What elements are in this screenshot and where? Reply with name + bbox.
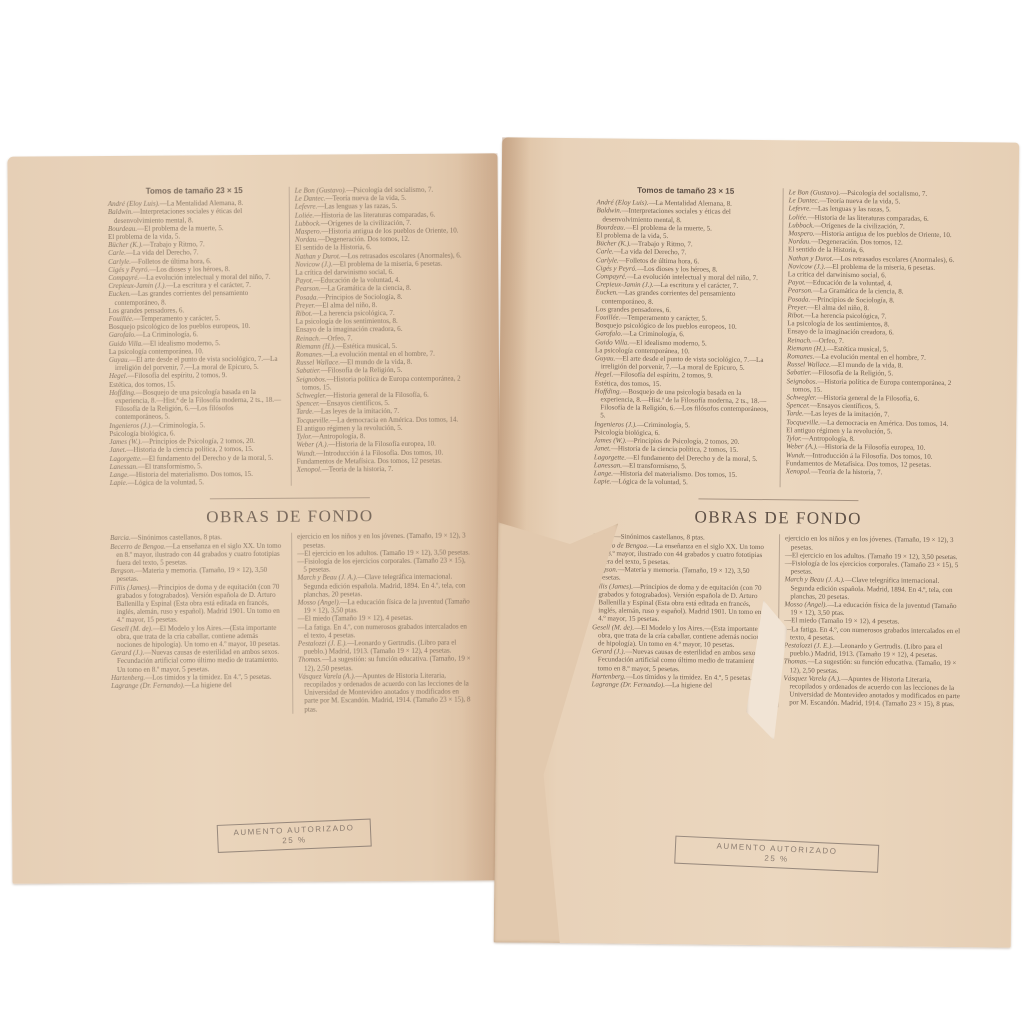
catalog-entry: Gerard (J.).—Nuevas causas de esterilida…	[111, 648, 284, 674]
entry-author: Loliée.	[788, 213, 807, 221]
entry-author: Preyer.	[787, 303, 807, 311]
entry-author: Riemann (H.).	[296, 342, 336, 350]
entry-author: Nordau.	[788, 238, 811, 246]
entry-author: Vásquez Varela (A.).	[298, 672, 355, 680]
entry-title: —La vida del Derecho, 7.	[126, 249, 199, 258]
price-increase-stamp: AUMENTO AUTORIZADO 25 %	[674, 836, 879, 873]
entry-author: Fillis (James).	[110, 583, 150, 591]
entry-title: —La sugestión: su función educativa. (Ta…	[304, 655, 471, 672]
entry-author: Russel Wallace.	[787, 361, 831, 369]
catalog-entry: Bergson.—Materia y memoria. (Tamaño, 19 …	[593, 565, 771, 583]
entry-author: Hoffding.	[595, 387, 622, 395]
entry-title: ejercicio en los niños y en los jóvenes.…	[297, 532, 466, 549]
entry-author: Le Bon (Gustavo).	[295, 186, 347, 194]
entry-author: Tarde.	[786, 410, 804, 418]
catalog-entry: Becerro de Bengoa.—La enseñanza en el si…	[593, 541, 771, 567]
entry-author: Ribot.	[787, 311, 804, 319]
left-page-content: Tomos de tamaño 23 × 15 André (Eloy Luis…	[108, 186, 472, 715]
entry-author: Seignobos.	[296, 375, 327, 383]
entry-author: Hoffding.	[109, 389, 136, 397]
entry-author: Guyau.	[109, 356, 129, 364]
catalog-entry: Hoffding.—Bosquejo de una psicología bas…	[594, 387, 772, 422]
catalog-entry: Mosso (Angel).—La educación física de la…	[784, 600, 962, 618]
catalog-column-2: Le Bon (Gustavo).—Psicología del sociali…	[780, 188, 967, 489]
entry-author: Thomas.	[784, 658, 808, 666]
entry-author: Preyer.	[295, 301, 315, 309]
entry-author: Sabatier.	[787, 369, 812, 377]
entry-author: Tylor.	[786, 434, 802, 442]
entry-author: Ingenieros (J.).	[594, 420, 637, 428]
entry-author: Mosso (Angel).	[784, 600, 827, 608]
entry-author: Pestalozzi (J. E.).	[298, 639, 347, 647]
entry-author: Cigés y Peyró.	[596, 264, 637, 272]
entry-author: Nordau.	[295, 236, 318, 244]
entry-author: Guido Villa.	[595, 338, 629, 346]
entry-title: —Historia del materialismo. Dos tomos, 1…	[129, 470, 253, 479]
entry-author: Nathan y Durot.	[788, 254, 834, 262]
entry-title: —Teoría de la historia, 7.	[811, 467, 883, 476]
entry-title: —Folletos de última hora, 6.	[131, 257, 212, 266]
entry-title: —El idealismo moderno, 5.	[143, 339, 221, 348]
entry-author: James (W.).	[594, 436, 627, 444]
entry-title: —El alma del niño, 8.	[315, 301, 377, 309]
entry-author: Romanes.	[787, 352, 815, 360]
entry-author: Maspero.	[788, 229, 814, 237]
entry-author: Guido Villa.	[109, 339, 143, 347]
entry-author: Garofalo.	[109, 331, 136, 339]
entry-title: Psicología biológica, 6.	[109, 429, 175, 437]
entry-author: Spencer.	[786, 402, 810, 410]
entry-title: —Teoría de la historia, 7.	[322, 465, 393, 473]
catalog-entry: Bergson.—Materia y memoria. (Tamaño, 19 …	[110, 566, 283, 584]
entry-title: —La higiene del	[665, 681, 712, 689]
entry-author: Lubbock.	[295, 219, 321, 227]
entry-author: Compayré.	[596, 272, 627, 280]
entry-title: El sentido de la Historia, 6.	[295, 244, 371, 253]
catalog-entry: —La fatiga. En 4.º, con numerosos grabad…	[298, 622, 471, 640]
catalog-entry: Lapie.—Lógica de la voluntad, 5.	[110, 478, 283, 487]
catalog-column-1: Tomos de tamaño 23 × 15 André (Eloy Luis…	[108, 187, 283, 488]
entry-author: March y Beau (J. A.).	[297, 574, 357, 582]
entry-author: Thomas.	[298, 656, 322, 664]
entry-title: —Degeneración. Dos tomos, 12.	[318, 235, 410, 244]
catalog-entry: Eucken.—Las grandes corrientes del pensa…	[595, 289, 773, 307]
entry-author: Lanessan.	[110, 463, 138, 471]
entry-author: Posada.	[788, 295, 811, 303]
entry-author: Novicow (J.).	[788, 262, 826, 270]
catalog-entry: ejercicio en los niños y en los jóvenes.…	[297, 532, 470, 550]
catalog-entry: Eucken.—Las grandes corrientes del pensa…	[108, 289, 281, 307]
section-title: OBRAS DE FONDO	[110, 506, 470, 529]
catalog-entry: Fillis (James).—Principios de doma y de …	[592, 582, 770, 625]
entry-title: —El arte desde el punto de vista socioló…	[601, 355, 764, 373]
fondo-column-1: Barcia.—Sinónimos castellanos, 8 ptas.Be…	[591, 533, 771, 707]
catalog-columns: Tomos de tamaño 23 × 15 André (Eloy Luis…	[108, 186, 470, 488]
entry-author: Gesell (M. de).	[111, 624, 153, 632]
left-page: Tomos de tamaño 23 × 15 André (Eloy Luis…	[7, 153, 502, 883]
entry-author: Ribot.	[296, 310, 313, 318]
entry-title: —Historia política de Europa contemporán…	[793, 377, 952, 393]
entry-title: —El mundo de la vida, 8.	[340, 358, 412, 367]
entry-title: —Los tímidos y la timidez. En 4.º, 5 pes…	[145, 673, 271, 682]
entry-author: Schwegler.	[296, 392, 326, 400]
entry-title: —Lógica de la voluntad, 5.	[127, 478, 204, 487]
entry-author: Payot.	[295, 277, 313, 285]
entry-author: Hartenberg.	[111, 674, 145, 682]
catalog-columns: Tomos de tamaño 23 × 15 André (Eloy Luis…	[594, 186, 967, 489]
catalog-entry: Gesell (M. de).—El Modelo y los Aires.—(…	[111, 623, 284, 649]
entry-title: —Historia antigua de los pueblos de Orie…	[321, 227, 458, 236]
entry-author: Xenopol.	[786, 467, 811, 475]
entry-author: Hegel.	[109, 372, 128, 380]
entry-author: Bücher (K.).	[108, 241, 143, 249]
entry-title: —Trabajo y Ritmo, 7.	[143, 241, 205, 249]
entry-title: —Psicología del socialismo, 7.	[346, 186, 433, 195]
entry-author: Tylor.	[296, 433, 312, 441]
entry-title: —Orfeo, 7.	[320, 334, 352, 342]
entry-author: Carle.	[596, 248, 614, 256]
entry-author: Weber (A.).	[786, 443, 818, 451]
entry-title: —Las grandes corrientes del pensamiento …	[601, 289, 735, 306]
entry-title: Fundamentos de Metafísica. Dos tomos, 12…	[297, 456, 442, 465]
catalog-entry: Seignobos.—Historia política de Europa c…	[787, 377, 965, 395]
entry-author: Gerard (J.).	[111, 649, 144, 657]
entry-author: Baldwin.	[596, 207, 621, 215]
entry-title: —Fisiología de los ejercicios corporales…	[785, 559, 959, 575]
entry-author: Lange.	[110, 471, 129, 479]
entry-author: Russel Wallace.	[296, 359, 340, 367]
catalog-entry: March y Beau (J. A.).—Clave telegráfica …	[297, 573, 470, 599]
entry-title: —Criminología, 5.	[152, 421, 205, 429]
entry-title: —Criminología, 5.	[637, 420, 690, 429]
entry-author: Novicow (J.).	[295, 260, 333, 268]
catalog-entry: Xenopol.—Teoría de la historia, 7.	[786, 467, 964, 477]
entry-author: Bergson.	[110, 567, 135, 575]
size-heading: Tomos de tamaño 23 × 15	[597, 186, 775, 196]
entry-author: Fouillée.	[109, 315, 134, 323]
entry-author: Bücher (K.).	[596, 240, 631, 248]
entry-title: —Las grandes corrientes del pensamiento …	[114, 289, 248, 306]
catalog-column-2: Le Bon (Gustavo).—Psicología del sociali…	[289, 186, 470, 487]
entry-title: Estética, dos tomos, 15.	[109, 380, 176, 388]
catalog-entry: Baldwin.—Interpretaciones sociales y éti…	[596, 207, 774, 225]
entry-author: Lagrange (Dr. Fernando).	[591, 680, 665, 689]
entry-author: Tocqueville.	[786, 418, 820, 426]
entry-author: Bourdeau.	[108, 225, 137, 233]
catalog-entry: —Fisiología de los ejercicios corporales…	[785, 559, 963, 577]
entry-title: —Las lenguas y las razas, 5.	[317, 202, 397, 211]
catalog-entry: Seignobos.—Historia política de Europa c…	[296, 374, 469, 392]
entry-author: Schwegler.	[786, 393, 816, 401]
entry-author: Janet.	[594, 445, 611, 453]
catalog-entry: Guyau.—El arte desde el punto de vista s…	[109, 355, 282, 373]
entry-title: —Teoría nueva de la vida, 5.	[325, 194, 406, 203]
entry-author: Sabatier.	[296, 367, 321, 375]
entry-title: —Bosquejo de una psicología basada en la…	[115, 388, 281, 422]
entry-author: Riemann (H.).	[787, 344, 827, 352]
entry-title: El antiguo régimen y la revolución, 5.	[296, 424, 402, 433]
entry-author: Xenopol.	[297, 465, 322, 473]
catalog-entry: Gesell (M. de).—El Modelo y los Aires.—(…	[592, 623, 770, 649]
entry-author: Payot.	[788, 279, 806, 287]
entry-author: Pearson.	[295, 285, 320, 293]
section-divider	[210, 498, 370, 500]
entry-author: Tarde.	[296, 408, 314, 416]
entry-author: Fouillée.	[595, 313, 620, 321]
entry-author: Nathan y Durot.	[295, 252, 340, 260]
catalog-column-1: Tomos de tamaño 23 × 15 André (Eloy Luis…	[594, 186, 775, 487]
section-divider	[698, 499, 858, 502]
entry-title: —Materia y memoria. (Tamaño, 19 × 12), 3…	[599, 566, 750, 582]
entry-title: —El problema de la miseria, 6 pesetas.	[333, 260, 443, 269]
entry-author: Lubbock.	[788, 221, 814, 229]
entry-title: Bosquejo psicológico de los pueblos euro…	[109, 322, 251, 331]
entry-title: —Antropología, 8.	[312, 432, 365, 440]
entry-title: —Los retrasados escolares (Anormales), 6…	[341, 251, 462, 260]
entry-author: Becerro de Bengoa.	[110, 542, 166, 550]
entry-title: —Los dioses y los héroes, 8.	[149, 265, 230, 274]
entry-author: Lapie.	[110, 479, 128, 487]
entry-author: Lagorgette.	[594, 453, 626, 461]
entry-title: —La democracia en América. Dos tomos, 14…	[330, 415, 458, 424]
entry-author: Le Bon (Gustavo).	[789, 188, 841, 197]
entry-title: —El fundamento del Derecho y de la moral…	[142, 453, 273, 462]
entry-author: Maspero.	[295, 228, 321, 236]
price-increase-stamp: AUMENTO AUTORIZADO 25 %	[217, 819, 372, 853]
entry-author: Compayré.	[108, 274, 139, 282]
entry-title: —La Criminología, 6.	[136, 331, 198, 339]
catalog-entry: Mosso (Angel).—La educación física de la…	[298, 597, 471, 615]
entry-author: Lefevre.	[788, 205, 811, 213]
entry-author: Eucken.	[108, 290, 130, 298]
catalog-entry: March y Beau (J. A.).—Clave telegráfica …	[784, 576, 962, 602]
entry-author: Mosso (Angel).	[298, 598, 341, 606]
entry-author: Tocqueville.	[296, 416, 330, 424]
entry-title: —La evolución mental en el hombre, 7.	[323, 350, 435, 359]
entry-title: —La sugestión: su función educativa. (Ta…	[790, 658, 957, 675]
entry-author: Wundt.	[297, 449, 317, 457]
entry-title: —Historia política de Europa contemporán…	[302, 374, 461, 391]
entry-author: Pestalozzi (J. E.).	[784, 641, 833, 650]
entry-title: —Historia de las literaturas comparadas,…	[314, 210, 435, 219]
entry-author: Gesell (M. de).	[592, 623, 634, 631]
entry-title: —Fisiología de los ejercicios corporales…	[297, 556, 465, 573]
entry-title: —La fatiga. En 4.º, con numerosos grabad…	[298, 622, 467, 639]
entry-title: —El transformismo, 5.	[138, 462, 203, 470]
entry-title: —Principios de Sociología, 8.	[318, 293, 402, 302]
right-page: Tomos de tamaño 23 × 15 André (Eloy Luis…	[494, 137, 1019, 947]
entry-author: André (Eloy Luis).	[108, 200, 160, 208]
catalog-entry: —Fisiología de los ejercicios corporales…	[297, 556, 470, 574]
entry-author: Gerard (J.).	[592, 647, 625, 655]
entry-author: James (W.).	[109, 438, 142, 446]
section-title: OBRAS DE FONDO	[593, 507, 963, 531]
entry-author: Lagorgette.	[110, 454, 142, 462]
entry-author: Eucken.	[596, 289, 618, 297]
entry-author: Lange.	[594, 469, 613, 477]
entry-title: Ensayo de la imaginación creadora, 6.	[296, 325, 403, 334]
entry-author: Lanessan.	[594, 461, 622, 469]
entry-author: Carlyle.	[596, 256, 619, 264]
entry-title: —Materia y memoria. (Tamaño, 19 × 12), 3…	[116, 566, 267, 583]
entry-title: —Historia general de la Filosofía, 6.	[326, 391, 429, 400]
entry-author: Janet.	[109, 446, 126, 454]
catalog-entry: Vásquez Varela (A.).—Apuntes de Historia…	[298, 671, 471, 713]
entry-title: —La herencia psicológica, 7.	[312, 309, 394, 318]
entry-author: Reinach.	[787, 336, 812, 344]
catalog-entry: Xenopol.—Teoría de la historia, 7.	[297, 464, 470, 473]
entry-title: El problema de la vida, 5.	[108, 233, 180, 242]
catalog-entry: ejercicio en los niños y en los jóvenes.…	[785, 535, 963, 553]
entry-title: —Lógica de la voluntad, 5.	[611, 478, 688, 487]
fondo-column-2: ejercicio en los niños y en los jóvenes.…	[777, 535, 963, 709]
entry-author: Le Dantec.	[789, 197, 820, 205]
fondo-column-1: Barcia.—Sinónimos castellanos, 8 ptas.Be…	[110, 533, 284, 715]
entry-title: —La higiene del	[185, 681, 232, 689]
entry-title: —El arte desde el punto de vista socioló…	[115, 355, 278, 372]
entry-author: Lefevre.	[295, 203, 318, 211]
entry-title: —Orfeo, 7.	[812, 336, 844, 344]
entry-author: Spencer.	[296, 400, 320, 408]
entry-title: —Estética musical, 5.	[336, 342, 397, 350]
entry-author: Le Dantec.	[295, 195, 326, 203]
catalog-entry: Becerro de Bengoa.—La enseñanza en el si…	[110, 541, 283, 567]
catalog-entry: Baldwin.—Interpretaciones sociales y éti…	[108, 207, 281, 225]
entry-author: Romanes.	[296, 351, 323, 359]
entry-author: Ingenieros (J.).	[109, 421, 152, 429]
fondo-column-2: ejercicio en los niños y en los jóvenes.…	[291, 532, 471, 714]
entry-author: Posada.	[295, 293, 318, 301]
catalog-entry: Fillis (James).—Principios de doma y de …	[110, 582, 283, 624]
entry-author: Pearson.	[788, 287, 813, 295]
entry-author: Weber (A.).	[296, 441, 328, 449]
entry-title: —Antropología, 8.	[802, 435, 855, 444]
entry-title: —Bosquejo de una psicología basada en la…	[600, 387, 768, 419]
entry-author: Bourdeau.	[596, 223, 625, 231]
entry-author: Loliée.	[295, 211, 314, 219]
catalog-entry: Vásquez Varela (A.).—Apuntes de Historia…	[783, 674, 961, 709]
entry-author: Carlyle.	[108, 257, 131, 265]
entry-author: Cigés y Peyró.	[108, 266, 149, 274]
entry-title: Los grandes pensadores, 6.	[109, 306, 185, 315]
entry-title: —Filosofía del espíritu, 2 tomos, 9.	[127, 372, 227, 381]
catalog-entry: Hoffding.—Bosquejo de una psicología bas…	[109, 388, 282, 422]
entry-author: Hegel.	[595, 371, 614, 379]
entry-author: André (Eloy Luis).	[597, 199, 649, 208]
torn-paper-area	[494, 522, 618, 943]
entry-title: —Interpretaciones sociales y éticas del …	[114, 207, 242, 224]
entry-title: ejercicio en los niños y en los jóvenes.…	[785, 535, 954, 551]
catalog-entry: Pestalozzi (J. E.).—Leonardo y Gertrudis…	[784, 641, 962, 659]
entry-author: Barcia.	[110, 534, 131, 542]
catalog-entry: Lagrange (Dr. Fernando).—La higiene del	[111, 681, 284, 690]
entry-author: Crepieux-Jamin (J.).	[108, 282, 166, 290]
catalog-entry: —La fatiga. En 4.º, con numerosos grabad…	[784, 625, 962, 643]
size-heading: Tomos de tamaño 23 × 15	[108, 187, 281, 196]
entry-author: Wundt.	[786, 451, 806, 459]
catalog-entry: Lapie.—Lógica de la voluntad, 5.	[594, 477, 772, 487]
entry-author: Guyau.	[595, 354, 616, 362]
entry-author: Seignobos.	[787, 377, 818, 385]
entry-author: Carle.	[108, 249, 126, 257]
entry-author: Hartenberg.	[592, 672, 626, 680]
entry-title: —El problema de la muerte, 5.	[137, 224, 224, 233]
catalog-entry: Thomas.—La sugestión: su función educati…	[784, 658, 962, 676]
entry-title: —Interpretaciones sociales y éticas del …	[602, 207, 730, 224]
entry-author: Garofalo.	[595, 330, 622, 338]
entry-author: Baldwin.	[108, 208, 133, 216]
entry-author: Lapie.	[594, 477, 612, 485]
catalog-entry: Pestalozzi (J. E.).—Leonardo y Gertrudis…	[298, 638, 471, 656]
entry-title: —Ensayos científicos, 5.	[320, 399, 390, 407]
entry-author: Lagrange (Dr. Fernando).	[111, 681, 185, 690]
catalog-entry: Thomas.—La sugestión: su función educati…	[298, 655, 471, 673]
catalog-entry: Guyau.—El arte desde el punto de vista s…	[595, 354, 773, 372]
catalog-entry: Gerard (J.).—Nuevas causas de esterilida…	[592, 647, 770, 673]
entry-author: Reinach.	[296, 334, 321, 342]
fondo-columns: Barcia.—Sinónimos castellanos, 8 ptas.Be…	[110, 532, 471, 715]
entry-title: —La fatiga. En 4.º, con numerosos grabad…	[784, 625, 960, 642]
